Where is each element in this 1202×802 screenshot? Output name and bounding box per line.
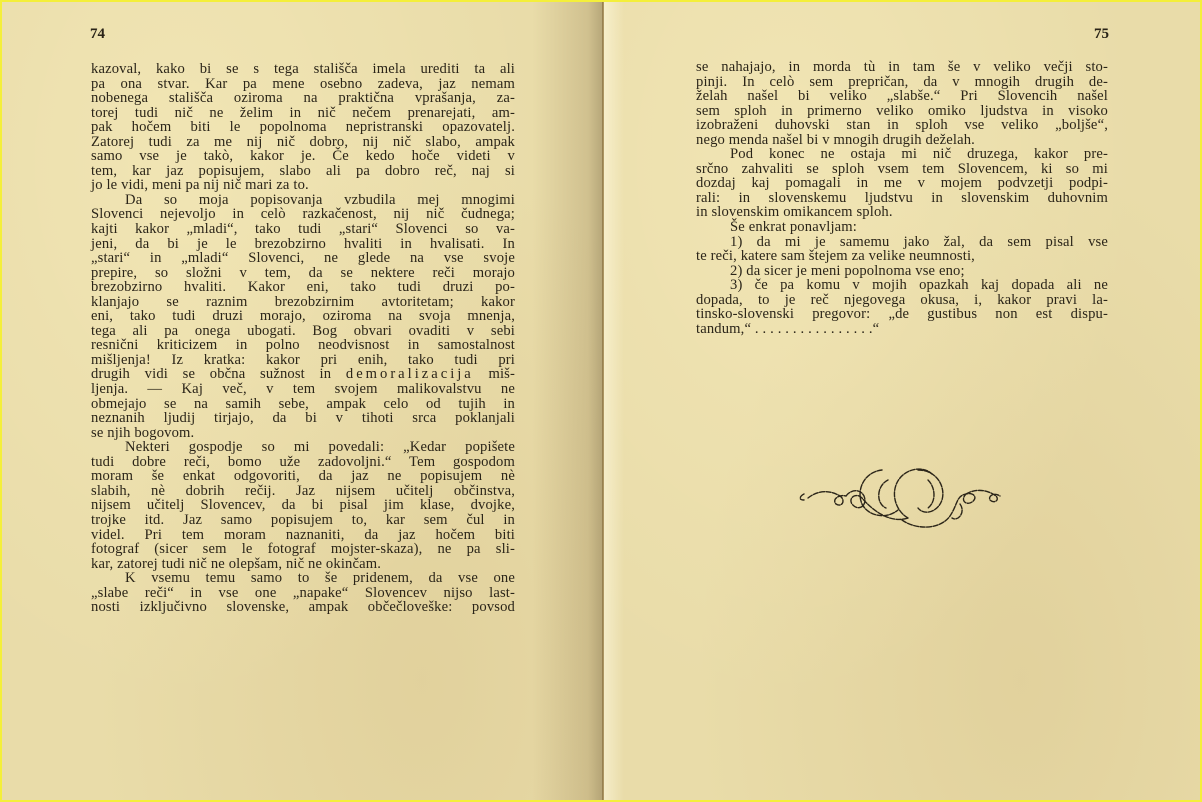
text-line: tem, kar jaz popisujem, slabo ali pa dob… [91, 164, 515, 179]
text-line: 2) da sicer je meni popolnoma vse eno; [696, 264, 1108, 279]
text-line: nosti izključivno slovenske, ampak občeč… [91, 600, 515, 615]
page-number-left: 74 [90, 26, 105, 43]
text-line: jo le vidi, meni pa nij nič mari za to. [91, 178, 515, 193]
page-number-right: 75 [1094, 26, 1109, 43]
text-line: slabih, nè dobrih rečij. Jaz nijsem učit… [91, 484, 515, 499]
text-line: tudi dobre reči, bomo uže zadovoljni.“ T… [91, 455, 515, 470]
text-line: pa ona stvar. Kar pa mene osebno zadeva,… [91, 77, 515, 92]
text-line: moram še enkat odgovoriti, da jaz ne pop… [91, 469, 515, 484]
text-line: K vsemu temu samo to še pridenem, da vse… [91, 571, 515, 586]
text-line: in slovenskim omikancem sploh. [696, 205, 1108, 220]
flourish-ornament-icon [790, 460, 1010, 540]
text-line: izobraženi duhovski stan in sploh vse ve… [696, 118, 1108, 133]
text-line: „stari“ in „mladi“ Slovenci, ne glede na… [91, 251, 515, 266]
text-line: torej tudi nič ne želim in nič nečem pre… [91, 106, 515, 121]
text-line: ljenja. — Kaj več, v tem svojem malikova… [91, 382, 515, 397]
text-line: videl. Pri tem moram naznaniti, da jaz h… [91, 528, 515, 543]
paragraph: Nekteri gospodje so mi povedali: „Kedar … [91, 440, 515, 571]
text-line: kar, zatorej tudi nič ne olepšam, nič ne… [91, 557, 515, 572]
text-line: jeni, da bi je le brezobzirno hvaliti in… [91, 237, 515, 252]
left-page: 74 kazoval, kako bi se s tega stališča i… [2, 2, 602, 800]
paragraph: se nahajajo, in morda tù in tam še v vel… [696, 60, 1108, 147]
text-line: pak hočem biti le popolnoma nepristransk… [91, 120, 515, 135]
text-line: Da so moja popisovanja vzbudila mej mnog… [91, 193, 515, 208]
text-line: se nahajajo, in morda tù in tam še v vel… [696, 60, 1108, 75]
text-line: neznanih ljudij tirjajo, da bi v tihoti … [91, 411, 515, 426]
book-spread: 74 kazoval, kako bi se s tega stališča i… [2, 2, 1200, 800]
paragraph: 3) če pa komu v mojih opazkah kaj dopada… [696, 278, 1108, 336]
right-page: 75 se nahajajo, in morda tù in tam še v … [604, 2, 1200, 800]
text-line: Pod konec ne ostaja mi nič druzega, kako… [696, 147, 1108, 162]
text-line: klanjajo se raznim brezobzirnim avtorite… [91, 295, 515, 310]
text-line: brezobzirno hvaliti. Kakor eni, tako tud… [91, 280, 515, 295]
text-line: dozdaj kaj pomagali in me v mojem podvze… [696, 176, 1108, 191]
text-line: tega ali pa onega ubogati. Bog obvari ov… [91, 324, 515, 339]
text-line: fotograf (sicer sem le fotograf mojster-… [91, 542, 515, 557]
text-line: drugih vidi se občna sužnost in demorali… [91, 367, 515, 382]
text-line: mišljenja! Iz kratka: kakor pri enih, ta… [91, 353, 515, 368]
text-line: prepire, so složni v tem, da se nektere … [91, 266, 515, 281]
text-line: kajti kakor „mladi“, tako tudi „stari“ S… [91, 222, 515, 237]
text-line: nijsem učitelj Slovencev, da bi pisal ji… [91, 498, 515, 513]
text-line: tandum,“ . . . . . . . . . . . . . . . .… [696, 322, 1108, 337]
paragraph: K vsemu temu samo to še pridenem, da vse… [91, 571, 515, 615]
text-line: trojke itd. Jaz samo popisujem to, kar s… [91, 513, 515, 528]
text-line: sem sploh in primerno veliko omiko ljuds… [696, 104, 1108, 119]
text-line: resnični kriticizem in polno neodvisnost… [91, 338, 515, 353]
text-line: Še enkrat ponavljam: [696, 220, 1108, 235]
text-line: 3) če pa komu v mojih opazkah kaj dopada… [696, 278, 1108, 293]
paragraph: 2) da sicer je meni popolnoma vse eno; [696, 264, 1108, 279]
text-line: eni, tako tudi druzi morajo, oziroma na … [91, 309, 515, 324]
text-line: želah našel bi veliko „slabše.“ Pri Slov… [696, 89, 1108, 104]
paragraph: Da so moja popisovanja vzbudila mej mnog… [91, 193, 515, 440]
paragraph: kazoval, kako bi se s tega stališča imel… [91, 62, 515, 193]
text-line: rali: in slovenskemu ljudstvu in slovens… [696, 191, 1108, 206]
text-line: te reči, katere sam štejem za velike neu… [696, 249, 1108, 264]
text-line: nobenega stališča oziroma na praktična v… [91, 91, 515, 106]
text-line: obmejajo se na samih sebe, ampak celo od… [91, 397, 515, 412]
text-line: Slovenci nejevoljo in celò razkačenost, … [91, 207, 515, 222]
text-line: 1) da mi je samemu jako žal, da sem pisa… [696, 235, 1108, 250]
text-line: Nekteri gospodje so mi povedali: „Kedar … [91, 440, 515, 455]
paragraph: 1) da mi je samemu jako žal, da sem pisa… [696, 235, 1108, 264]
text-line: dopada, to je reč njegovega okusa, i, ka… [696, 293, 1108, 308]
text-line: samo vse je takò, kakor je. Če kedo hoče… [91, 149, 515, 164]
paragraph: Še enkrat ponavljam: [696, 220, 1108, 235]
text-line: kazoval, kako bi se s tega stališča imel… [91, 62, 515, 77]
right-page-text: se nahajajo, in morda tù in tam še v vel… [696, 60, 1108, 336]
text-line: srčno zahvaliti se sploh vsem tem Sloven… [696, 162, 1108, 177]
text-line: tinsko-slovenski pregovor: „de gustibus … [696, 307, 1108, 322]
text-line: „slabe reči“ in vse one „napake“ Slovenc… [91, 586, 515, 601]
text-line: pinji. In celò sem prepričan, da v mnogi… [696, 75, 1108, 90]
text-line: nego menda našel bi v mnogih drugih deže… [696, 133, 1108, 148]
text-line: se njih bogovom. [91, 426, 515, 441]
paragraph: Pod konec ne ostaja mi nič druzega, kako… [696, 147, 1108, 220]
left-page-text: kazoval, kako bi se s tega stališča imel… [91, 62, 515, 615]
